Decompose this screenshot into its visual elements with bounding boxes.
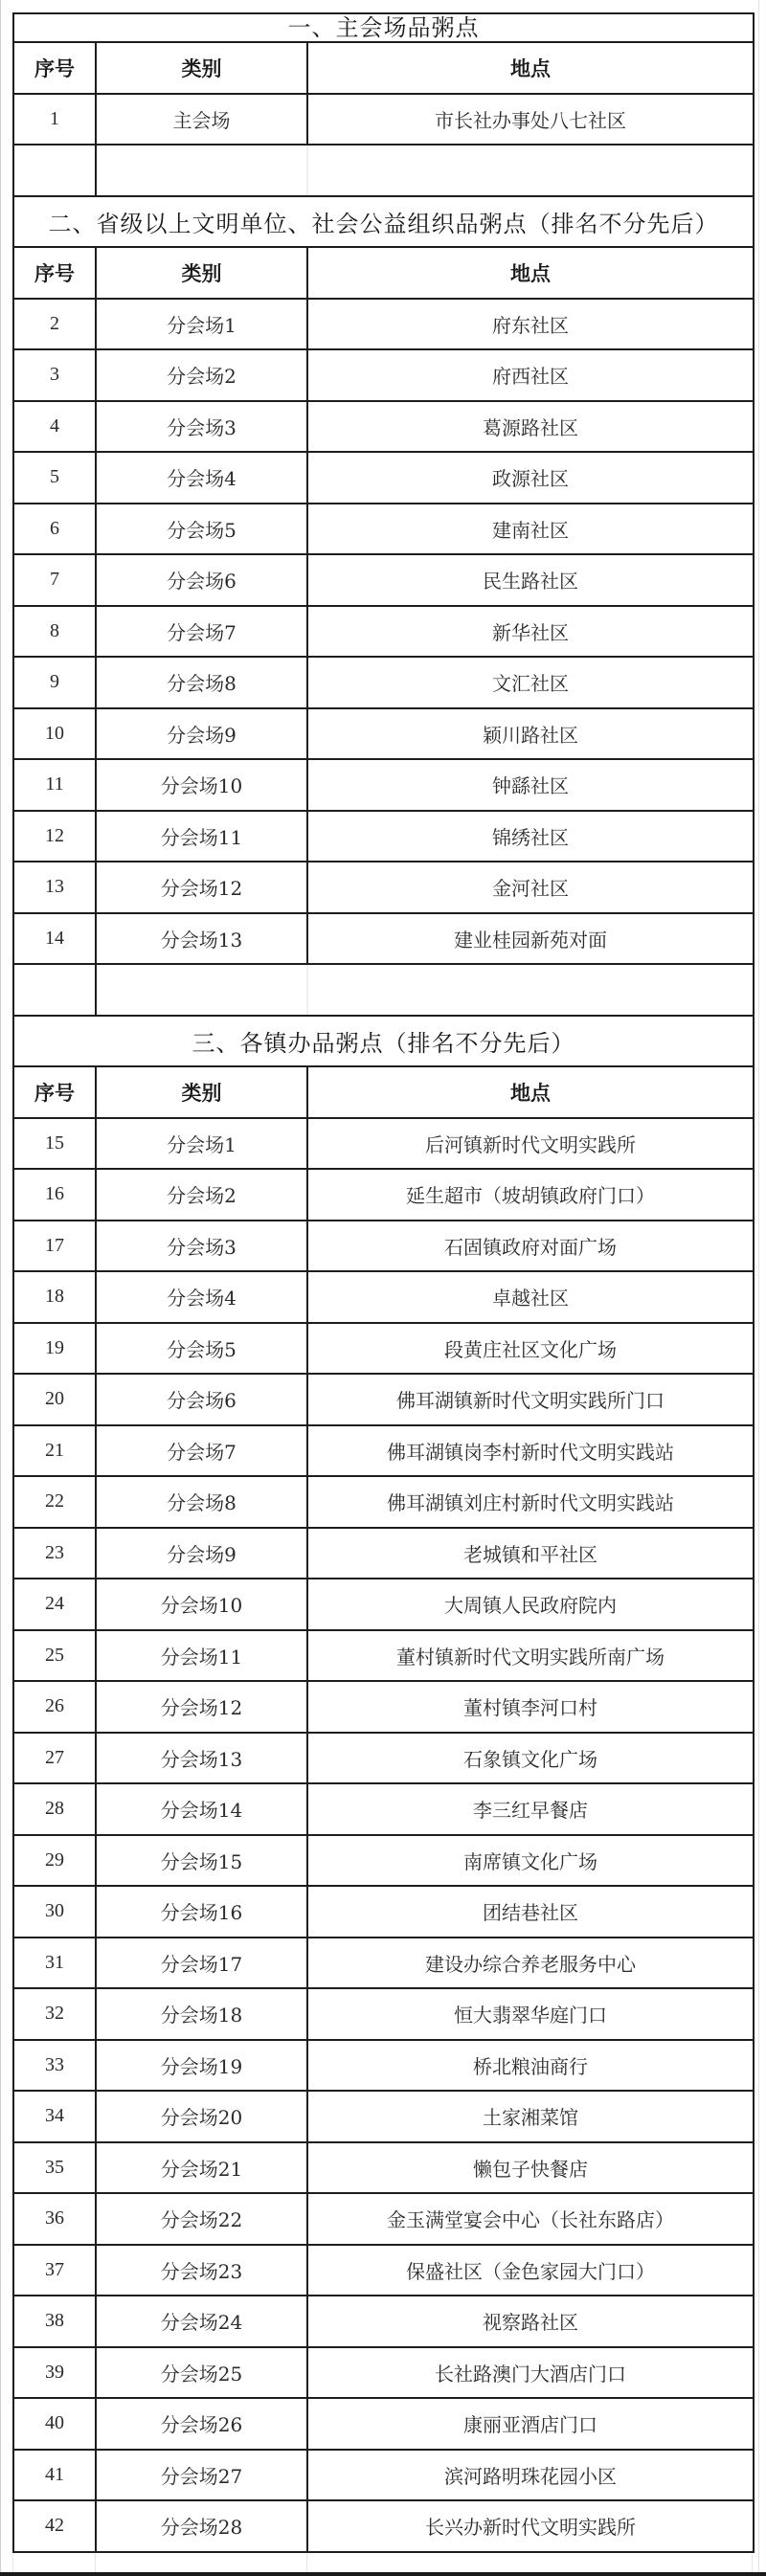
page-frame-left-edge <box>0 0 1 2576</box>
cell-seq: 16 <box>13 1169 96 1221</box>
cell-category: 分会场18 <box>96 1988 307 2040</box>
cell-seq: 26 <box>13 1681 96 1733</box>
cell-location: 土家湘菜馆 <box>307 2091 754 2142</box>
cell-seq: 41 <box>13 2450 96 2501</box>
cell-category: 分会场5 <box>96 1323 307 1375</box>
cell-category: 分会场4 <box>96 1271 307 1323</box>
table-row: 6分会场5建南社区 <box>13 504 754 555</box>
table-row: 22分会场8佛耳湖镇刘庄村新时代文明实践站 <box>13 1476 754 1528</box>
cell-location: 建业桂园新苑对面 <box>307 913 754 965</box>
cell-seq: 37 <box>13 2245 96 2296</box>
cell-category: 分会场8 <box>96 1476 307 1528</box>
cell-seq: 22 <box>13 1476 96 1528</box>
cell-seq: 33 <box>13 2040 96 2092</box>
cell-category: 分会场7 <box>96 606 307 658</box>
column-header-category: 类别 <box>96 42 307 94</box>
cell-location: 建设办综合养老服务中心 <box>307 1938 754 1989</box>
cell-seq: 15 <box>13 1118 96 1170</box>
cell-location: 府东社区 <box>307 299 754 350</box>
cell-location: 团结巷社区 <box>307 1886 754 1938</box>
table-row: 42分会场28长兴办新时代文明实践所 <box>13 2500 754 2552</box>
table-row: 5分会场4政源社区 <box>13 452 754 504</box>
table-row: 39分会场25长社路澳门大酒店门口 <box>13 2347 754 2399</box>
cell-seq: 6 <box>13 504 96 555</box>
cell-location: 视察路社区 <box>307 2296 754 2347</box>
cell-location: 石固镇政府对面广场 <box>307 1221 754 1272</box>
cell-location: 颖川路社区 <box>307 708 754 760</box>
table-row: 15分会场1后河镇新时代文明实践所 <box>13 1118 754 1170</box>
cell-seq: 17 <box>13 1221 96 1272</box>
column-header-row: 序号类别地点 <box>13 42 754 94</box>
table-row: 27分会场13石象镇文化广场 <box>13 1733 754 1784</box>
cell-location: 葛源路社区 <box>307 401 754 453</box>
cell-category: 分会场6 <box>96 1374 307 1425</box>
cell-location: 懒包子快餐店 <box>307 2142 754 2194</box>
cell-category: 分会场9 <box>96 1528 307 1579</box>
column-header-seq: 序号 <box>13 42 96 94</box>
table-row: 40分会场26康丽亚酒店门口 <box>13 2398 754 2450</box>
table-row: 28分会场14李三红早餐店 <box>13 1783 754 1835</box>
section-title-row: 三、各镇办品粥点（排名不分先后） <box>13 1016 754 1067</box>
cell-category: 分会场2 <box>96 1169 307 1221</box>
cell-seq: 27 <box>13 1733 96 1784</box>
cell-location: 恒大翡翠华庭门口 <box>307 1988 754 2040</box>
cell-seq: 25 <box>13 1630 96 1682</box>
cell-location: 府西社区 <box>307 349 754 401</box>
cell-seq: 13 <box>13 862 96 913</box>
cell-seq: 28 <box>13 1783 96 1835</box>
cell-seq: 24 <box>13 1579 96 1630</box>
cell-location: 政源社区 <box>307 452 754 504</box>
cell-location: 保盛社区（金色家园大门口） <box>307 2245 754 2296</box>
cell-category: 分会场10 <box>96 759 307 811</box>
cell-seq: 4 <box>13 401 96 453</box>
section-title: 三、各镇办品粥点（排名不分先后） <box>13 1016 754 1067</box>
table-row: 14分会场13建业桂园新苑对面 <box>13 913 754 965</box>
blank-cell <box>96 964 307 1016</box>
cell-category: 分会场12 <box>96 862 307 913</box>
cell-category: 分会场16 <box>96 1886 307 1938</box>
blank-row <box>13 145 754 196</box>
column-header-row: 序号类别地点 <box>13 247 754 299</box>
cell-location: 建南社区 <box>307 504 754 555</box>
table-row: 19分会场5段黄庄社区文化广场 <box>13 1323 754 1375</box>
cell-seq: 14 <box>13 913 96 965</box>
cell-category: 分会场22 <box>96 2193 307 2245</box>
blank-cell <box>96 145 307 196</box>
cell-seq: 39 <box>13 2347 96 2399</box>
page-frame-right-edge <box>758 0 759 2576</box>
cell-category: 分会场9 <box>96 708 307 760</box>
cell-seq: 31 <box>13 1938 96 1989</box>
table-row: 41分会场27滨河路明珠花园小区 <box>13 2450 754 2501</box>
table-row: 21分会场7佛耳湖镇岗李村新时代文明实践站 <box>13 1425 754 1477</box>
column-header-seq: 序号 <box>13 247 96 299</box>
cell-seq: 30 <box>13 1886 96 1938</box>
table-row: 18分会场4卓越社区 <box>13 1271 754 1323</box>
cell-category: 分会场3 <box>96 1221 307 1272</box>
cell-seq: 2 <box>13 299 96 350</box>
spreadsheet-gridline <box>306 2554 307 2572</box>
cell-category: 分会场24 <box>96 2296 307 2347</box>
cell-category: 分会场1 <box>96 1118 307 1170</box>
table-row: 17分会场3石固镇政府对面广场 <box>13 1221 754 1272</box>
cell-category: 分会场6 <box>96 554 307 606</box>
table-row: 10分会场9颖川路社区 <box>13 708 754 760</box>
table-row: 4分会场3葛源路社区 <box>13 401 754 453</box>
table-row: 31分会场17建设办综合养老服务中心 <box>13 1938 754 1989</box>
cell-seq: 3 <box>13 349 96 401</box>
cell-location: 董村镇新时代文明实践所南广场 <box>307 1630 754 1682</box>
table-row: 12分会场11锦绣社区 <box>13 811 754 862</box>
cell-seq: 7 <box>13 554 96 606</box>
cell-location: 南席镇文化广场 <box>307 1835 754 1887</box>
blank-cell <box>13 964 96 1016</box>
cell-seq: 20 <box>13 1374 96 1425</box>
table-row: 9分会场8文汇社区 <box>13 657 754 708</box>
cell-location: 文汇社区 <box>307 657 754 708</box>
cell-location: 康丽亚酒店门口 <box>307 2398 754 2450</box>
cell-category: 分会场4 <box>96 452 307 504</box>
cell-seq: 21 <box>13 1425 96 1477</box>
cell-category: 分会场27 <box>96 2450 307 2501</box>
table-row: 34分会场20土家湘菜馆 <box>13 2091 754 2142</box>
section-title: 一、主会场品粥点 <box>13 13 754 42</box>
table-row: 25分会场11董村镇新时代文明实践所南广场 <box>13 1630 754 1682</box>
spreadsheet-gridline <box>95 2554 96 2572</box>
cell-seq: 5 <box>13 452 96 504</box>
table-row: 38分会场24视察路社区 <box>13 2296 754 2347</box>
table-row: 7分会场6民生路社区 <box>13 554 754 606</box>
cell-seq: 38 <box>13 2296 96 2347</box>
cell-category: 分会场25 <box>96 2347 307 2399</box>
table-row: 20分会场6佛耳湖镇新时代文明实践所门口 <box>13 1374 754 1425</box>
blank-cell <box>13 145 96 196</box>
column-header-seq: 序号 <box>13 1066 96 1118</box>
column-header-location: 地点 <box>307 42 754 94</box>
cell-location: 董村镇李河口村 <box>307 1681 754 1733</box>
cell-seq: 8 <box>13 606 96 658</box>
table-row: 1主会场市长社办事处八七社区 <box>13 94 754 146</box>
table-row: 11分会场10钟繇社区 <box>13 759 754 811</box>
cell-category: 分会场11 <box>96 811 307 862</box>
cell-location: 滨河路明珠花园小区 <box>307 2450 754 2501</box>
cell-category: 分会场14 <box>96 1783 307 1835</box>
cell-seq: 40 <box>13 2398 96 2450</box>
cell-seq: 1 <box>13 94 96 146</box>
table-row: 30分会场16团结巷社区 <box>13 1886 754 1938</box>
cell-location: 后河镇新时代文明实践所 <box>307 1118 754 1170</box>
cell-location: 大周镇人民政府院内 <box>307 1579 754 1630</box>
blank-row <box>13 964 754 1016</box>
cell-category: 分会场26 <box>96 2398 307 2450</box>
cell-seq: 42 <box>13 2500 96 2552</box>
cell-seq: 36 <box>13 2193 96 2245</box>
cell-category: 分会场23 <box>96 2245 307 2296</box>
column-header-category: 类别 <box>96 247 307 299</box>
cell-location: 长兴办新时代文明实践所 <box>307 2500 754 2552</box>
porridge-venue-table: 一、主会场品粥点序号类别地点1主会场市长社办事处八七社区二、省级以上文明单位、社… <box>12 12 755 2553</box>
table-row: 37分会场23保盛社区（金色家园大门口） <box>13 2245 754 2296</box>
blank-cell <box>307 145 754 196</box>
table-row: 2分会场1府东社区 <box>13 299 754 350</box>
table-row: 29分会场15南席镇文化广场 <box>13 1835 754 1887</box>
cell-category: 分会场7 <box>96 1425 307 1477</box>
cell-category: 分会场19 <box>96 2040 307 2092</box>
cell-category: 分会场5 <box>96 504 307 555</box>
cell-category: 分会场28 <box>96 2500 307 2552</box>
cell-category: 分会场15 <box>96 1835 307 1887</box>
cell-category: 分会场3 <box>96 401 307 453</box>
section-title-row: 一、主会场品粥点 <box>13 13 754 42</box>
table-row: 13分会场12金河社区 <box>13 862 754 913</box>
cell-location: 桥北粮油商行 <box>307 2040 754 2092</box>
cell-location: 佛耳湖镇岗李村新时代文明实践站 <box>307 1425 754 1477</box>
cell-location: 金玉满堂宴会中心（长社东路店） <box>307 2193 754 2245</box>
cell-seq: 18 <box>13 1271 96 1323</box>
cell-seq: 23 <box>13 1528 96 1579</box>
table-body: 一、主会场品粥点序号类别地点1主会场市长社办事处八七社区二、省级以上文明单位、社… <box>13 13 754 2552</box>
cell-location: 金河社区 <box>307 862 754 913</box>
cell-location: 民生路社区 <box>307 554 754 606</box>
cell-category: 分会场17 <box>96 1938 307 1989</box>
cell-category: 主会场 <box>96 94 307 146</box>
cell-category: 分会场10 <box>96 1579 307 1630</box>
cell-category: 分会场11 <box>96 1630 307 1682</box>
table-row: 32分会场18恒大翡翠华庭门口 <box>13 1988 754 2040</box>
cell-location: 锦绣社区 <box>307 811 754 862</box>
cell-seq: 32 <box>13 1988 96 2040</box>
section-title-row: 二、省级以上文明单位、社会公益组织品粥点（排名不分先后） <box>13 196 754 248</box>
cell-category: 分会场12 <box>96 1681 307 1733</box>
cell-category: 分会场13 <box>96 913 307 965</box>
cell-category: 分会场8 <box>96 657 307 708</box>
cell-category: 分会场1 <box>96 299 307 350</box>
column-header-row: 序号类别地点 <box>13 1066 754 1118</box>
table-row: 24分会场10大周镇人民政府院内 <box>13 1579 754 1630</box>
cell-seq: 35 <box>13 2142 96 2194</box>
cell-location: 石象镇文化广场 <box>307 1733 754 1784</box>
cell-seq: 29 <box>13 1835 96 1887</box>
cell-location: 佛耳湖镇刘庄村新时代文明实践站 <box>307 1476 754 1528</box>
table-row: 3分会场2府西社区 <box>13 349 754 401</box>
cell-seq: 34 <box>13 2091 96 2142</box>
cell-seq: 10 <box>13 708 96 760</box>
section-title: 二、省级以上文明单位、社会公益组织品粥点（排名不分先后） <box>13 196 754 248</box>
cell-category: 分会场2 <box>96 349 307 401</box>
spreadsheet-gridline <box>12 2554 13 2572</box>
cell-seq: 19 <box>13 1323 96 1375</box>
cell-seq: 9 <box>13 657 96 708</box>
column-header-location: 地点 <box>307 1066 754 1118</box>
table-row: 23分会场9老城镇和平社区 <box>13 1528 754 1579</box>
column-header-category: 类别 <box>96 1066 307 1118</box>
table-row: 33分会场19桥北粮油商行 <box>13 2040 754 2092</box>
cell-category: 分会场13 <box>96 1733 307 1784</box>
cell-location: 长社路澳门大酒店门口 <box>307 2347 754 2399</box>
cell-location: 延生超市（坡胡镇政府门口） <box>307 1169 754 1221</box>
table-row: 35分会场21懒包子快餐店 <box>13 2142 754 2194</box>
cell-category: 分会场21 <box>96 2142 307 2194</box>
cell-location: 卓越社区 <box>307 1271 754 1323</box>
table-row: 26分会场12董村镇李河口村 <box>13 1681 754 1733</box>
cell-location: 新华社区 <box>307 606 754 658</box>
cell-seq: 12 <box>13 811 96 862</box>
spreadsheet-gridline <box>752 2554 753 2572</box>
cell-seq: 11 <box>13 759 96 811</box>
table-row: 16分会场2延生超市（坡胡镇政府门口） <box>13 1169 754 1221</box>
table-row: 8分会场7新华社区 <box>13 606 754 658</box>
cell-location: 段黄庄社区文化广场 <box>307 1323 754 1375</box>
cell-location: 钟繇社区 <box>307 759 754 811</box>
cell-location: 市长社办事处八七社区 <box>307 94 754 146</box>
cell-location: 佛耳湖镇新时代文明实践所门口 <box>307 1374 754 1425</box>
cell-location: 李三红早餐店 <box>307 1783 754 1835</box>
column-header-location: 地点 <box>307 247 754 299</box>
table-row: 36分会场22金玉满堂宴会中心（长社东路店） <box>13 2193 754 2245</box>
cell-location: 老城镇和平社区 <box>307 1528 754 1579</box>
bottom-edge-bar <box>0 2572 766 2576</box>
cell-category: 分会场20 <box>96 2091 307 2142</box>
blank-cell <box>307 964 754 1016</box>
